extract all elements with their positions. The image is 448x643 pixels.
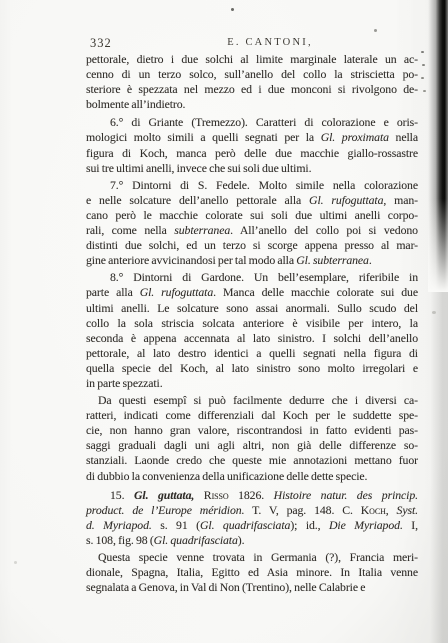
text-segment: e nelle solcature dell’anello pettorale … [86, 193, 309, 207]
text-line: rali, come nella subterranea. All’anello… [86, 223, 418, 238]
dust-speck [423, 90, 426, 92]
text-line: Da questi esempî si può facilmente dedur… [86, 393, 418, 408]
text-line: sui tre ultimi anelli, invece che sui so… [86, 161, 418, 176]
text-line: 7.° Dintorni di S. Fedele. Molto simile … [86, 178, 418, 193]
text-segment: gine anteriore avvicinandosi per tal mod… [86, 253, 296, 267]
text-line: mologici molto simili a quelli segnati p… [86, 130, 418, 145]
text-line: steriore è spezzata nel mezzo ed i due m… [86, 82, 418, 97]
text-line: cano però le macchie colorate sui soli d… [86, 208, 418, 223]
text-segment: stanziali. Laonde credo che queste mie a… [86, 453, 418, 467]
text-segment: s. 91 ( [152, 518, 200, 532]
text-segment: parte alla [86, 285, 140, 299]
text-segment: cie, non hanno gran valore, riscontrando… [86, 423, 418, 437]
text-segment: collo la sola striscia solcata anteriore… [86, 316, 418, 330]
text-segment: steriore è spezzata nel mezzo ed i due m… [86, 82, 418, 96]
text-segment: Gl. subterranea [296, 253, 369, 267]
text-segment [194, 488, 204, 502]
text-segment: nella [389, 130, 418, 144]
text-segment: Die Myriapod. [329, 518, 403, 532]
text-segment: Questa specie venne trovata in Germania … [98, 550, 418, 564]
text-line: Questa specie venne trovata in Germania … [86, 550, 418, 565]
dust-speck [14, 561, 17, 564]
text-segment: cenno di un terzo solco, sull’anello del… [86, 67, 418, 81]
text-line: figura di Koch, manca però delle due mac… [86, 146, 418, 161]
dust-speck [432, 311, 436, 314]
text-segment: Risso [204, 488, 229, 502]
text-segment: I, [403, 518, 418, 532]
text-segment: 7.° Dintorni di S. Fedele. Molto simile … [110, 178, 418, 192]
text-segment: pettorale, al lato destro identici a que… [86, 346, 418, 360]
paragraph: 15. Gl. guttata, Risso 1826. Histoire na… [86, 488, 418, 548]
scanned-book-page: 332 E. CANTONI, pettorale, dietro i due … [0, 0, 448, 643]
text-segment: subterranea [174, 223, 230, 237]
text-segment: mologici molto simili a quelli segnati p… [86, 130, 321, 144]
text-segment: Da questi esempî si può facilmente dedur… [98, 393, 418, 407]
text-segment: in parte spezzati. [86, 376, 163, 390]
text-segment: seconda è appena accennata al lato sinis… [86, 331, 418, 345]
text-line: distinti due solchi, ed un terzo si scor… [86, 238, 418, 253]
text-line: e nelle solcature dell’anello pettorale … [86, 193, 418, 208]
paragraph: Questa specie venne trovata in Germania … [86, 550, 418, 595]
text-segment: T. V, pag. 148. C. [244, 503, 360, 517]
text-line: 6.° di Griante (Tremezzo). Caratteri di … [86, 115, 418, 130]
running-header: E. CANTONI, [100, 37, 440, 48]
text-line: pettorale, dietro i due solchi al limite… [86, 52, 418, 67]
text-segment: pettorale, dietro i due solchi al limite… [86, 52, 418, 66]
text-segment: . All’anello del collo poi si vedono [230, 223, 418, 237]
text-line: cenno di un terzo solco, sull’anello del… [86, 67, 418, 82]
dust-speck [374, 29, 377, 32]
text-segment: 15. [110, 488, 134, 502]
text-block: pettorale, dietro i due solchi al limite… [86, 52, 418, 595]
text-segment: sui tre ultimi anelli, invece che sui so… [86, 161, 311, 175]
text-segment: d. Myriapod. [86, 518, 152, 532]
text-segment: distinti due solchi, ed un terzo si scor… [86, 238, 418, 252]
paragraph: 7.° Dintorni di S. Fedele. Molto simile … [86, 178, 418, 269]
text-segment: , man- [383, 193, 418, 207]
text-line: collo la sola striscia solcata anteriore… [86, 316, 418, 331]
text-segment: quella specie del Koch, al lato sinistro… [86, 361, 418, 375]
text-line: parte alla Gl. rufoguttata. Manca delle … [86, 285, 418, 300]
text-segment: ultimi anelli. Le solcature sono assai a… [86, 301, 418, 315]
text-line: bolmente all’indietro. [86, 97, 418, 112]
text-segment: dionale, Spagna, Italia, Egitto ed Asia … [86, 565, 418, 579]
dust-speck [421, 77, 424, 79]
text-segment: ); id., [290, 518, 329, 532]
text-segment: ratteri, indicati come differenziali dal… [86, 408, 418, 422]
text-line: ratteri, indicati come differenziali dal… [86, 408, 418, 423]
text-segment: . Manca delle macchie colorate sui due [213, 285, 418, 299]
text-line: gine anteriore avvicinandosi per tal mod… [86, 253, 418, 268]
text-line: quella specie del Koch, al lato sinistro… [86, 361, 418, 376]
text-line: stanziali. Laonde credo che queste mie a… [86, 453, 418, 468]
text-segment: Koch [361, 503, 386, 517]
text-segment: saggi graduali dagli uni agli altri, non… [86, 438, 418, 452]
dust-speck [231, 8, 234, 11]
text-segment: Histoire natur. des princip. [274, 488, 418, 502]
text-segment: Gl. guttata, [134, 488, 194, 502]
text-segment: ). [238, 533, 245, 547]
paragraph: Da questi esempî si può facilmente dedur… [86, 393, 418, 484]
text-segment: figura di Koch, manca però delle due mac… [86, 146, 418, 160]
text-line: dionale, Spagna, Italia, Egitto ed Asia … [86, 565, 418, 580]
page-header: 332 E. CANTONI, [0, 36, 448, 52]
text-segment: Gl. proximata [321, 130, 389, 144]
text-segment: cano però le macchie colorate sui soli d… [86, 208, 418, 222]
paragraph: 6.° di Griante (Tremezzo). Caratteri di … [86, 115, 418, 175]
text-line: segnalata a Genova, in Val di Non (Trent… [86, 580, 418, 595]
text-segment: product. de l’Europe méridion. [86, 503, 244, 517]
text-line: s. 108, fig. 98 (Gl. quadrifasciata). [86, 533, 418, 548]
text-segment: Gl. rufoguttata [140, 285, 213, 299]
text-segment: Gl. quadrifasciata [200, 518, 290, 532]
text-segment: bolmente all’indietro. [86, 97, 185, 111]
text-segment: Syst. [397, 503, 418, 517]
text-line: pettorale, al lato destro identici a que… [86, 346, 418, 361]
text-line: di dubbio la convenienza della unificazi… [86, 469, 418, 484]
text-line: seconda è appena accennata al lato sinis… [86, 331, 418, 346]
text-segment: segnalata a Genova, in Val di Non (Trent… [86, 580, 365, 594]
text-line: cie, non hanno gran valore, riscontrando… [86, 423, 418, 438]
text-segment: s. 108, fig. 98 ( [86, 533, 154, 547]
text-line: saggi graduali dagli uni agli altri, non… [86, 438, 418, 453]
text-segment: 1826. [229, 488, 274, 502]
text-line: d. Myriapod. s. 91 (Gl. quadrifasciata);… [86, 518, 418, 533]
paragraph: pettorale, dietro i due solchi al limite… [86, 52, 418, 112]
dust-speck [422, 64, 425, 66]
text-segment: rali, come nella [86, 223, 174, 237]
text-segment: , [386, 503, 397, 517]
text-segment: 6.° di Griante (Tremezzo). Caratteri di … [110, 115, 418, 129]
text-segment: Gl. rufoguttata [309, 193, 383, 207]
text-line: product. de l’Europe méridion. T. V, pag… [86, 503, 418, 518]
text-line: ultimi anelli. Le solcature sono assai a… [86, 301, 418, 316]
text-segment: di dubbio la convenienza della unificazi… [86, 469, 367, 483]
text-line: 8.° Dintorni di Gardone. Un bell’esempla… [86, 270, 418, 285]
text-line: in parte spezzati. [86, 376, 418, 391]
text-segment: Gl. quadrifasciata [154, 533, 238, 547]
text-line: 15. Gl. guttata, Risso 1826. Histoire na… [86, 488, 418, 503]
text-segment: . [369, 253, 372, 267]
text-segment: 8.° Dintorni di Gardone. Un bell’esempla… [110, 270, 418, 284]
paragraph: 8.° Dintorni di Gardone. Un bell’esempla… [86, 270, 418, 391]
